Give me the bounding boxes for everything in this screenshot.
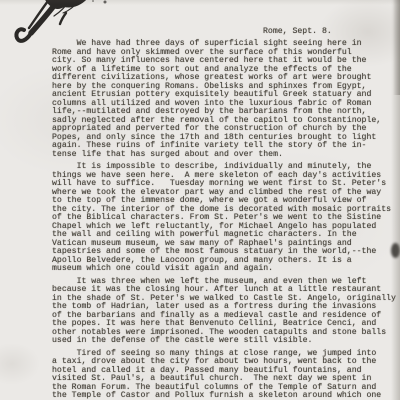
- letter-paragraph-3: It was three when we left the museum, an…: [52, 278, 398, 346]
- letter-body: We have had three days of superficial si…: [52, 40, 398, 400]
- letter-paragraph-2: It is impossible to describe, individual…: [52, 163, 398, 274]
- letter-dateline: Rome, Sept. 8.: [263, 28, 332, 37]
- letter-paragraph-1: We have had three days of superficial si…: [52, 40, 398, 159]
- scanned-letter-page: Rome, Sept. 8. We have had three days of…: [0, 0, 400, 400]
- letter-paragraph-4: Tired of seeing so many things at close …: [52, 350, 398, 400]
- ink-blot: [391, 243, 400, 258]
